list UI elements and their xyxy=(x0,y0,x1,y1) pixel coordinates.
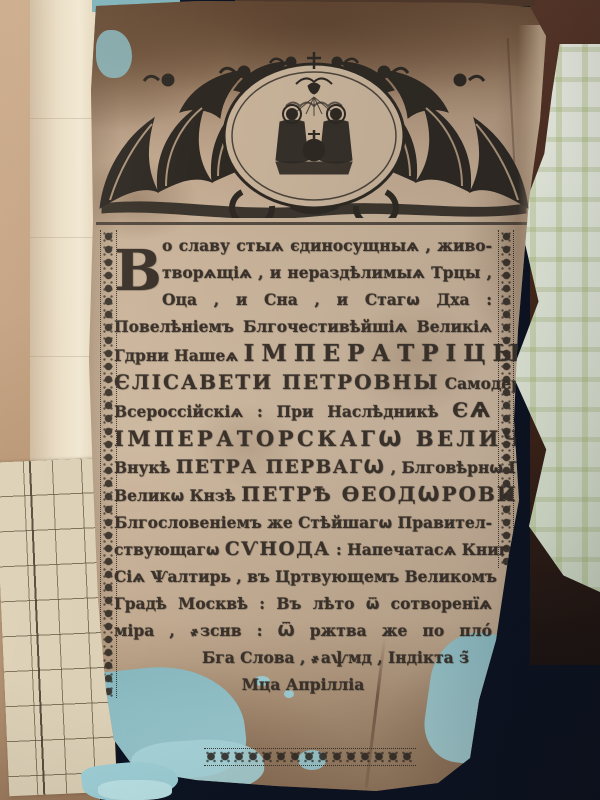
ornamental-border-bottom xyxy=(204,748,416,766)
psalter-title-page: В о славу стыѧ єдиносущныѧ , живо-творѧщ… xyxy=(78,0,558,795)
text-line: ЄЛІСАВЕТИ ПЕТРОВНЫ Самодержицы xyxy=(114,369,492,397)
text-line: Великѡ Кнзѣ ПЕТРѢ ѲЕОДѠРОВИЧѢ . xyxy=(114,481,492,509)
text-segment: творѧщіѧ , и нераздѣлимыѧ Трцы , xyxy=(162,263,492,282)
engraved-headpiece xyxy=(94,50,534,218)
text-segment: Всероссійскіѧ : При Наслѣдникѣ xyxy=(114,402,452,421)
text-segment: ЄЛІСАВЕТИ ПЕТРОВНЫ xyxy=(114,370,439,394)
text-segment: Повелѣніемъ Блгочестивѣйшіѧ Великіѧ xyxy=(114,317,492,336)
photo-of-psalter-title-page: В о славу стыѧ єдиносущныѧ , живо-творѧщ… xyxy=(0,0,600,800)
text-line: ствующагѡ СѴНОДА : Напечатасѧ Книга xyxy=(114,536,492,563)
text-line: Бга Слова , ҂аѱмд , Індікта з̃ xyxy=(114,644,492,671)
text-line: Внукѣ ПЕТРА ПЕРВАГѠ , Блговѣрнѡ Гдрѣ xyxy=(114,454,492,481)
text-line: ІМПЕРАТОРСКАГѠ ВЕЛИЧЕСТВА , xyxy=(114,425,492,454)
text-line: Гдрни Нашеѧ ІМПЕРАТРІЦЫ xyxy=(114,340,492,369)
text-segment: Оца , и Сна , и Стагѡ Дха : xyxy=(162,290,492,309)
text-line: Оца , и Сна , и Стагѡ Дха : xyxy=(114,286,492,313)
text-segment: міра , ҂зснв : Ѿ ржтва же по пло́ xyxy=(114,621,492,640)
drop-initial: В xyxy=(114,232,162,312)
throne-bench xyxy=(276,162,352,174)
ornamental-border-right xyxy=(498,230,514,568)
text-segment: , Блговѣрнѡ Гдрѣ xyxy=(385,458,551,477)
text-segment: Гдрни Нашеѧ xyxy=(114,346,244,365)
text-line: Блгословеніемъ же Стѣйшагѡ Правител- xyxy=(114,509,492,536)
text-segment: ПЕТРА ПЕРВАГѠ xyxy=(176,457,385,478)
text-line: Мца Апрілліа xyxy=(114,671,492,698)
text-segment: о славу стыѧ єдиносущныѧ , живо- xyxy=(162,236,492,255)
text-segment: СѴНОДА xyxy=(225,539,331,560)
text-segment: Градѣ Москвѣ : Въ лѣто ѿ сотворенїѧ xyxy=(114,594,492,613)
headpiece-rule xyxy=(96,222,532,225)
text-segment: Мца Апрілліа xyxy=(242,675,365,694)
text-line: творѧщіѧ , и нераздѣлимыѧ Трцы , xyxy=(114,259,492,286)
text-segment: ствующагѡ xyxy=(114,540,225,559)
text-line: Всероссійскіѧ : При Наслѣдникѣ ЄѦ xyxy=(114,397,492,425)
text-segment: ЄѦ xyxy=(452,398,492,422)
text-line: Повелѣніемъ Блгочестивѣйшіѧ Великіѧ xyxy=(114,313,492,340)
text-segment: ІМПЕРАТРІЦЫ xyxy=(244,340,528,367)
text-line: Градѣ Москвѣ : Въ лѣто ѿ сотворенїѧ xyxy=(114,590,492,617)
text-segment: Сіѧ Ѱалтирь , въ Цртвующемъ Великомъ xyxy=(114,567,497,586)
text-segment: : Напечатасѧ Книга xyxy=(331,540,519,559)
text-segment: ПЕТРѢ ѲЕОДѠРОВИЧѢ . xyxy=(241,482,575,506)
repair-patch xyxy=(98,780,172,800)
text-segment: Бга Слова , ҂аѱмд , Індікта з̃ xyxy=(202,648,469,667)
text-segment: Блгословеніемъ же Стѣйшагѡ Правител- xyxy=(114,513,492,532)
text-line: о славу стыѧ єдиносущныѧ , живо- xyxy=(114,232,492,259)
text-line: міра , ҂зснв : Ѿ ржтва же по пло́ xyxy=(114,617,492,644)
text-line: Сіѧ Ѱалтирь , въ Цртвующемъ Великомъ xyxy=(114,563,492,590)
text-segment: ІМПЕРАТОРСКАГѠ ВЕЛИЧЕСТВА , xyxy=(114,426,600,451)
text-segment: Великѡ Кнзѣ xyxy=(114,486,241,505)
title-text-lines: о славу стыѧ єдиносущныѧ , живо-творѧщіѧ… xyxy=(114,232,492,698)
text-segment: Внукѣ xyxy=(114,458,176,477)
title-text-block: В о славу стыѧ єдиносущныѧ , живо-творѧщ… xyxy=(114,232,492,698)
